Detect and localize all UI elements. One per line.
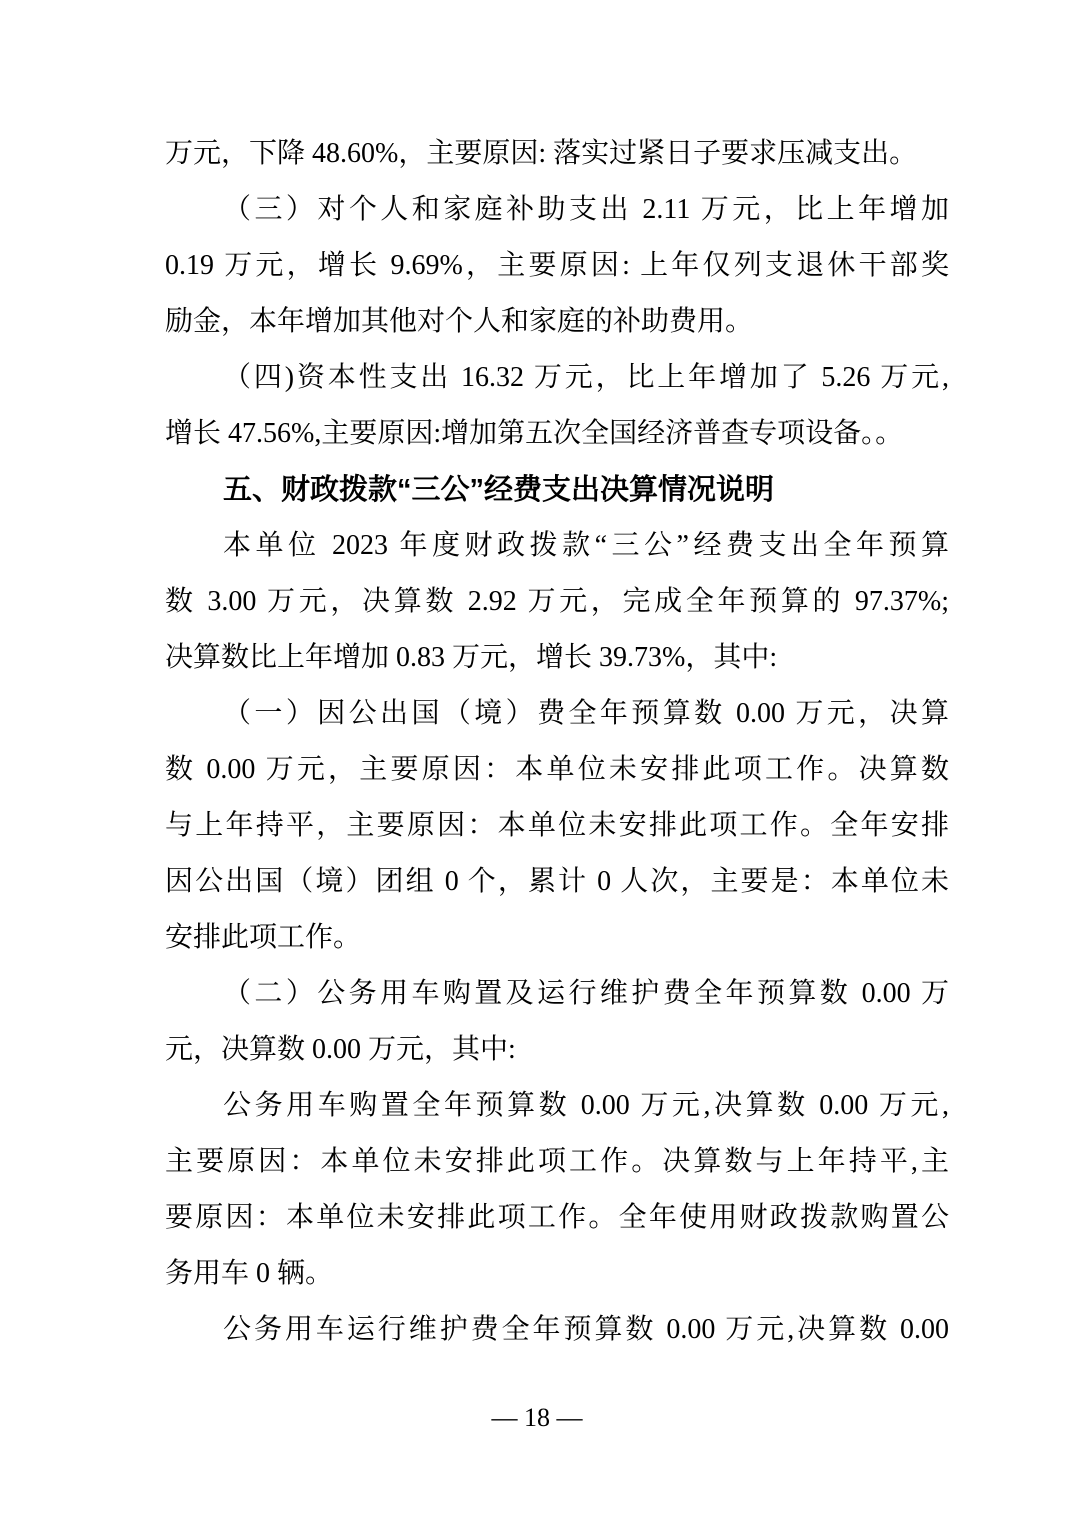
text-line: 决算数比上年增加 0.83 万元，增长 39.73%，其中: <box>165 630 949 686</box>
text-line: （三）对个人和家庭补助支出 2.11 万元，比上年增加 <box>165 182 949 238</box>
text-line: 公务用车运行维护费全年预算数 0.00 万元,决算数 0.00 <box>165 1302 949 1358</box>
text-line: 因公出国（境）团组 0 个，累计 0 人次，主要是：本单位未 <box>165 854 949 910</box>
text-line: 励金，本年增加其他对个人和家庭的补助费用。 <box>165 294 949 350</box>
text-line: 元，决算数 0.00 万元，其中: <box>165 1022 949 1078</box>
text-line: 公务用车购置全年预算数 0.00 万元,决算数 0.00 万元, <box>165 1078 949 1134</box>
text-line: 万元，下降 48.60%，主要原因: 落实过紧日子要求压减支出。 <box>165 126 949 182</box>
text-line: 安排此项工作。 <box>165 910 949 966</box>
text-line: 务用车 0 辆。 <box>165 1246 949 1302</box>
section-heading: 五、财政拨款“三公”经费支出决算情况说明 <box>165 462 949 518</box>
text-line: 数 3.00 万元，决算数 2.92 万元，完成全年预算的 97.37%; <box>165 574 949 630</box>
document-page: 万元，下降 48.60%，主要原因: 落实过紧日子要求压减支出。（三）对个人和家… <box>0 0 1074 1520</box>
text-line: 要原因：本单位未安排此项工作。全年使用财政拨款购置公 <box>165 1190 949 1246</box>
page-number: — 18 — <box>0 1400 1074 1436</box>
text-line: 增长 47.56%,主要原因:增加第五次全国经济普查专项设备。。 <box>165 406 949 462</box>
text-line: （二）公务用车购置及运行维护费全年预算数 0.00 万 <box>165 966 949 1022</box>
text-line: 与上年持平，主要原因：本单位未安排此项工作。全年安排 <box>165 798 949 854</box>
text-line: （四)资本性支出 16.32 万元，比上年增加了 5.26 万元, <box>165 350 949 406</box>
text-line: 本单位 2023 年度财政拨款“三公”经费支出全年预算 <box>165 518 949 574</box>
text-line: 0.19 万元，增长 9.69%，主要原因: 上年仅列支退休干部奖 <box>165 238 949 294</box>
text-line: （一）因公出国（境）费全年预算数 0.00 万元，决算 <box>165 686 949 742</box>
document-text: 万元，下降 48.60%，主要原因: 落实过紧日子要求压减支出。（三）对个人和家… <box>165 126 949 1358</box>
text-line: 主要原因：本单位未安排此项工作。决算数与上年持平,主 <box>165 1134 949 1190</box>
text-line: 数 0.00 万元，主要原因：本单位未安排此项工作。决算数 <box>165 742 949 798</box>
